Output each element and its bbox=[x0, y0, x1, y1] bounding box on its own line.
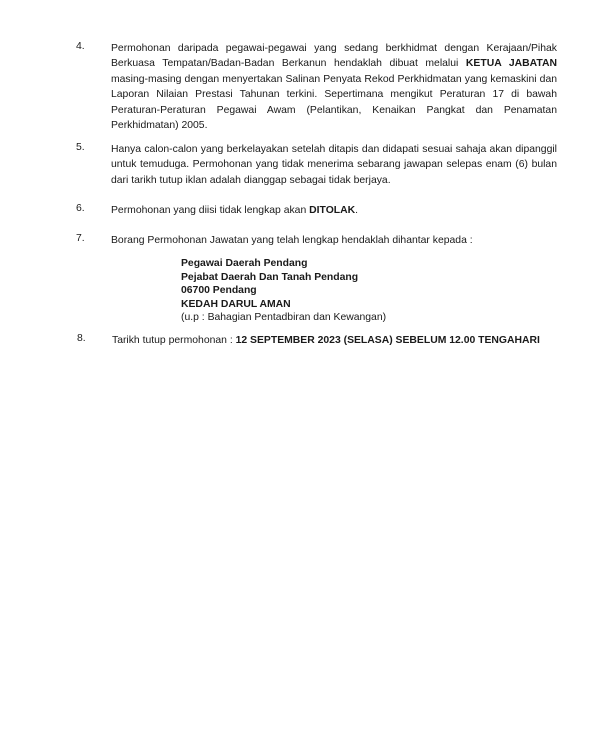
clause-5: 5. Hanya calon-calon yang berkelayakan s… bbox=[76, 142, 558, 188]
clause-4: 4. Permohonan daripada pegawai-pegawai y… bbox=[76, 41, 558, 133]
body-text: Permohonan yang diisi tidak lengkap akan bbox=[111, 205, 309, 216]
emphasis-text: 12 SEPTEMBER 2023 (SELASA) SEBELUM 12.00… bbox=[236, 335, 540, 346]
emphasis-text: DITOLAK bbox=[309, 205, 355, 216]
clause-text: Borang Permohonan Jawatan yang telah len… bbox=[111, 233, 557, 248]
clause-text: Permohonan daripada pegawai-pegawai yang… bbox=[111, 41, 557, 133]
address-attention: (u.p : Bahagian Pentadbiran dan Kewangan… bbox=[181, 311, 386, 325]
emphasis-text: KETUA JABATAN bbox=[466, 58, 557, 69]
clause-text: Hanya calon-calon yang berkelayakan sete… bbox=[111, 142, 557, 188]
clause-7: 7. Borang Permohonan Jawatan yang telah … bbox=[76, 233, 558, 248]
clause-number: 8. bbox=[77, 333, 86, 344]
clause-8: 8. Tarikh tutup permohonan : 12 SEPTEMBE… bbox=[77, 333, 559, 348]
body-text: masing-masing dengan menyertakan Salinan… bbox=[111, 74, 557, 131]
address-recipient: Pegawai Daerah Pendang bbox=[181, 257, 386, 271]
address-state: KEDAH DARUL AMAN bbox=[181, 298, 386, 312]
body-text: Hanya calon-calon yang berkelayakan sete… bbox=[111, 144, 557, 186]
body-text: Tarikh tutup permohonan : bbox=[112, 335, 236, 346]
clause-6: 6. Permohonan yang diisi tidak lengkap a… bbox=[76, 203, 558, 218]
clause-number: 6. bbox=[76, 203, 85, 214]
body-text: . bbox=[355, 205, 358, 216]
address-postcode-city: 06700 Pendang bbox=[181, 284, 386, 298]
address-block: Pegawai Daerah Pendang Pejabat Daerah Da… bbox=[181, 257, 386, 325]
clause-text: Permohonan yang diisi tidak lengkap akan… bbox=[111, 203, 557, 218]
clause-text: Tarikh tutup permohonan : 12 SEPTEMBER 2… bbox=[112, 333, 558, 348]
clause-number: 4. bbox=[76, 41, 85, 52]
address-office: Pejabat Daerah Dan Tanah Pendang bbox=[181, 271, 386, 285]
body-text: Borang Permohonan Jawatan yang telah len… bbox=[111, 235, 473, 246]
clause-number: 5. bbox=[76, 142, 85, 153]
clause-number: 7. bbox=[76, 233, 85, 244]
